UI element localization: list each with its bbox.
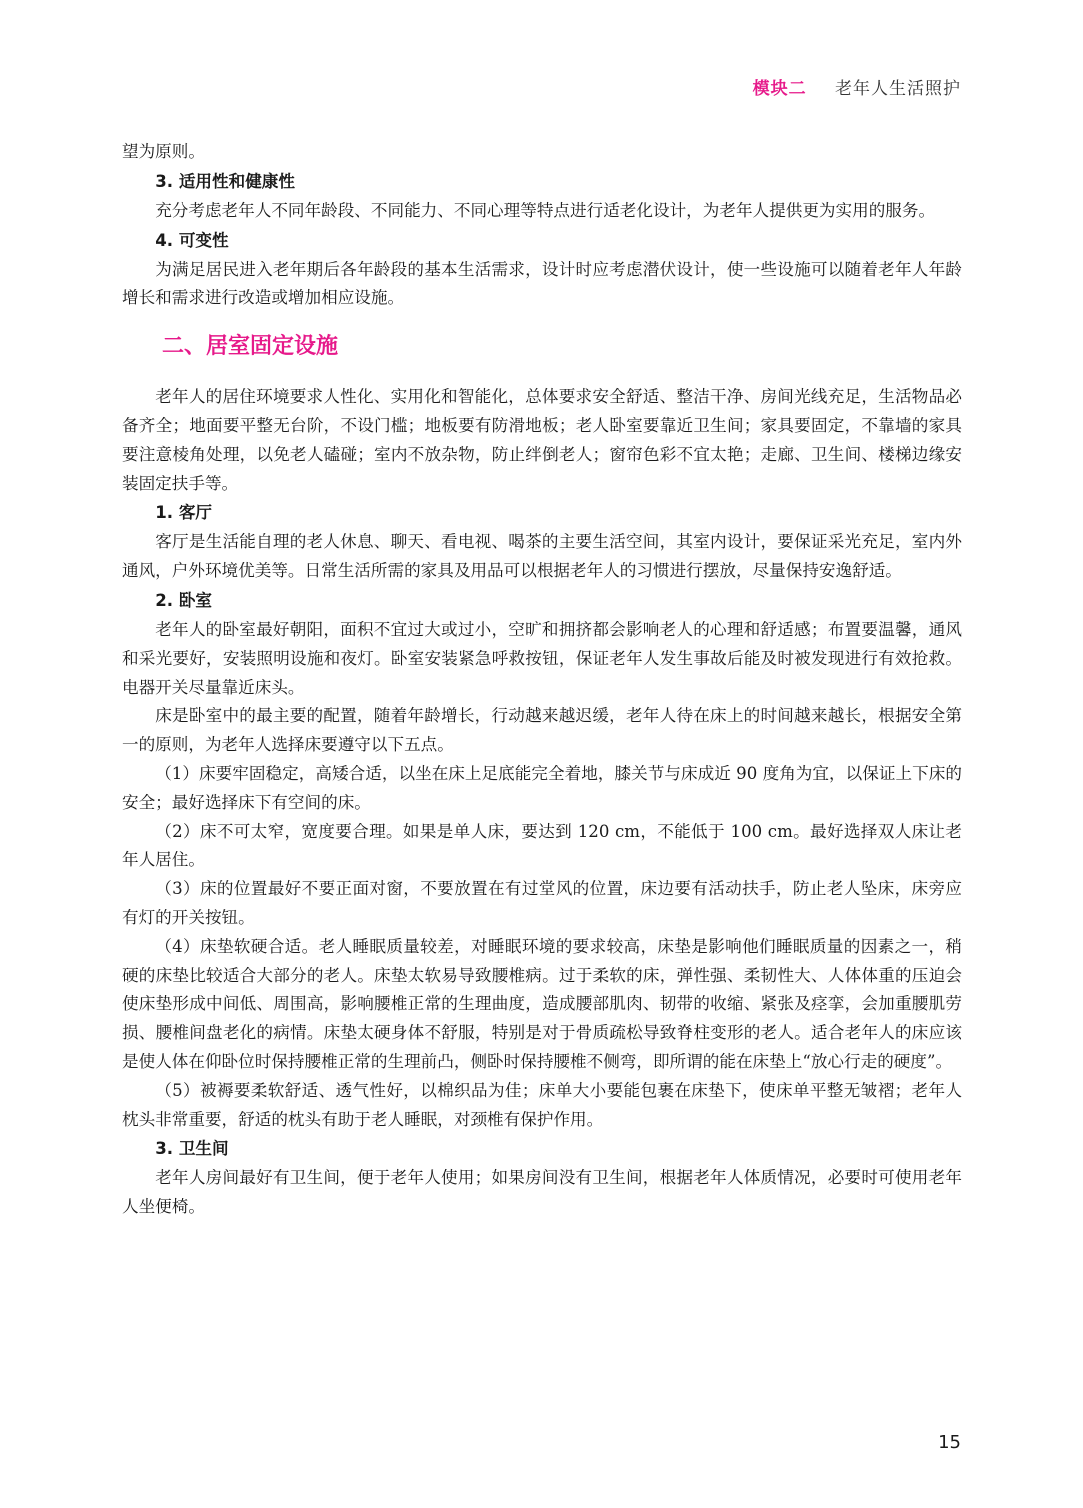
list-item: （3）床的位置最好不要正面对窗，不要放置在有过堂风的位置，床边要有活动扶手，防止… <box>122 875 962 933</box>
list-item: （5）被褥要柔软舒适、透气性好，以棉织品为佳；床单大小要能包裹在床垫下，使床单平… <box>122 1077 962 1135</box>
paragraph: 老年人的居住环境要求人性化、实用化和智能化，总体要求安全舒适、整洁干净、房间光线… <box>122 383 962 498</box>
module-label: 模块二 <box>753 79 807 99</box>
running-header: 模块二 老年人生活照护 <box>753 74 961 99</box>
chapter-title: 老年人生活照护 <box>835 79 961 99</box>
paragraph: 客厅是生活能自理的老人休息、聊天、看电视、喝茶的主要生活空间，其室内设计，要保证… <box>122 528 962 586</box>
list-item: （1）床要牢固稳定，高矮合适，以坐在床上足底能完全着地，膝关节与床成近 90 度… <box>122 760 962 818</box>
list-item: （4）床垫软硬合适。老人睡眠质量较差，对睡眠环境的要求较高，床垫是影响他们睡眠质… <box>122 933 962 1077</box>
paragraph: 望为原则。 <box>122 138 962 167</box>
subheading: 3. 卫生间 <box>122 1134 962 1164</box>
subheading: 3. 适用性和健康性 <box>122 167 962 197</box>
page-body: 望为原则。 3. 适用性和健康性 充分考虑老年人不同年龄段、不同能力、不同心理等… <box>122 138 962 1222</box>
paragraph: 老年人的卧室最好朝阳，面积不宜过大或过小，空旷和拥挤都会影响老人的心理和舒适感；… <box>122 616 962 702</box>
page-number: 15 <box>938 1432 961 1453</box>
subheading: 2. 卧室 <box>122 586 962 616</box>
subheading: 1. 客厅 <box>122 498 962 528</box>
paragraph: 床是卧室中的最主要的配置，随着年龄增长，行动越来越迟缓，老年人待在床上的时间越来… <box>122 702 962 760</box>
paragraph: 为满足居民进入老年期后各年龄段的基本生活需求，设计时应考虑潜伏设计，使一些设施可… <box>122 256 962 314</box>
section-heading: 二、居室固定设施 <box>162 331 962 361</box>
paragraph: 老年人房间最好有卫生间，便于老年人使用；如果房间没有卫生间，根据老年人体质情况，… <box>122 1164 962 1222</box>
list-item: （2）床不可太窄，宽度要合理。如果是单人床，要达到 120 cm，不能低于 10… <box>122 818 962 876</box>
paragraph: 充分考虑老年人不同年龄段、不同能力、不同心理等特点进行适老化设计，为老年人提供更… <box>122 197 962 226</box>
subheading: 4. 可变性 <box>122 226 962 256</box>
